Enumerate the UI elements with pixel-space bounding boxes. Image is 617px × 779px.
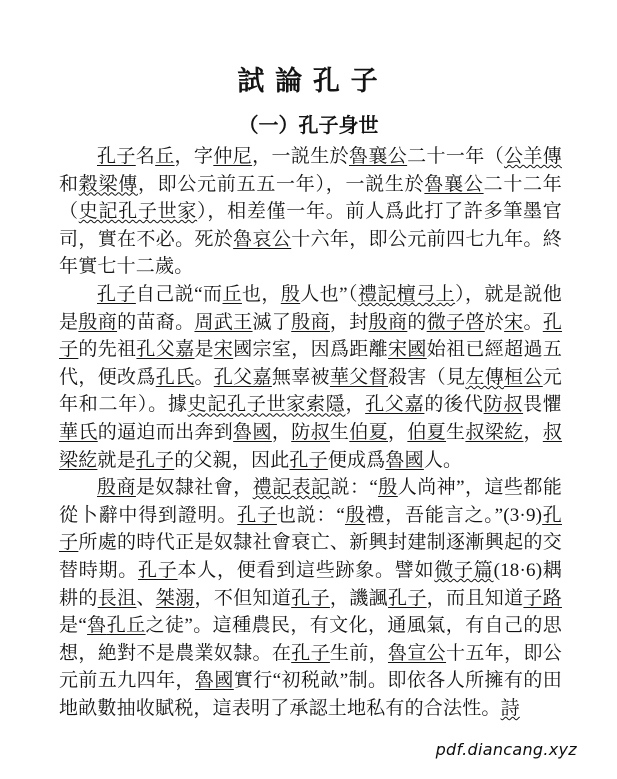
text-run: 是 — [194, 339, 213, 360]
section-heading: （一）孔子身世 — [0, 116, 617, 136]
proper-name-underline: 防叔 — [484, 394, 523, 415]
proper-name-underline: 仲尼 — [213, 146, 252, 167]
text-run: 的先祖 — [78, 339, 136, 360]
proper-name-underline: 殷商 — [97, 477, 136, 498]
proper-name-underline: 宋國 — [388, 339, 427, 360]
document-page: 試 論 孔 子 （一）孔子身世 孔子名丘，字仲尼，一説生於魯襄公二十一年（公羊傳… — [0, 0, 617, 779]
proper-name-underline: 孔子 — [138, 560, 178, 581]
proper-name-underline: 孔子 — [237, 505, 277, 526]
text-run: ，譏諷 — [330, 588, 388, 609]
proper-name-underline: 防叔 — [291, 422, 330, 443]
proper-name-underline: 魯襄公 — [424, 174, 483, 195]
proper-name-underline: 孔子 — [388, 588, 427, 609]
proper-name-underline: 伯夏 — [407, 422, 446, 443]
proper-name-underline: 殷商 — [291, 312, 330, 333]
proper-name-underline: 孔子 — [291, 588, 330, 609]
text-run: 本人，便看到這些跡象。譬如 — [178, 560, 435, 581]
text-run: 生前， — [330, 643, 388, 664]
proper-name-underline: 孔氏 — [156, 367, 195, 388]
book-title-underline: 史記孔子世家索隱 — [188, 394, 346, 415]
paragraph: 殷商是奴隸社會，禮記表記説：“殷人尚神”，這些都能從卜辭中得到證明。孔子也説：“… — [59, 474, 562, 722]
text-run: 生 — [446, 422, 465, 443]
book-title-underline: 詩 — [501, 698, 520, 719]
text-run: 禮，吾能言之。”(3·9) — [365, 505, 542, 526]
text-run: 、 — [136, 588, 155, 609]
proper-name-underline: 叔梁紇 — [465, 422, 523, 443]
proper-name-underline: 魯襄公 — [349, 146, 407, 167]
proper-name-underline: 華父督 — [330, 367, 388, 388]
text-run: 生 — [330, 422, 349, 443]
proper-name-underline: 殷 — [345, 505, 365, 526]
text-run: 。 — [523, 312, 542, 333]
proper-name-underline: 孔子 — [97, 284, 136, 305]
proper-name-underline: 丘 — [223, 284, 242, 305]
text-run: 二十一年（ — [407, 146, 504, 167]
watermark: pdf.diancang.xyz — [436, 740, 577, 759]
proper-name-underline: 桀溺 — [156, 588, 195, 609]
body-text: 孔子名丘，字仲尼，一説生於魯襄公二十一年（公羊傳和穀梁傳，即公元前五五一年），一… — [59, 143, 562, 722]
page-title: 試 論 孔 子 — [0, 68, 617, 95]
text-run: ，字 — [175, 146, 214, 167]
proper-name-underline: 魯 — [87, 615, 107, 636]
proper-name-underline: 殷商 — [369, 312, 408, 333]
proper-name-underline: 孔子 — [291, 643, 330, 664]
book-title-underline: 微子篇 — [434, 560, 493, 581]
proper-name-underline: 周武王 — [194, 312, 252, 333]
proper-name-underline: 孔丘 — [107, 615, 146, 636]
proper-name-underline: 殷 — [378, 477, 398, 498]
text-run: ， — [523, 422, 542, 443]
proper-name-underline: 魯哀公 — [233, 229, 291, 250]
text-run: ， — [388, 422, 407, 443]
text-run: ，即公元前五五一年），一説生於 — [138, 174, 424, 195]
text-run: 畏懼 — [523, 394, 562, 415]
text-run: 滅了 — [253, 312, 292, 333]
text-run: 於 — [485, 312, 504, 333]
text-run: 。 — [194, 367, 213, 388]
proper-name-underline: 桓公 — [504, 367, 543, 388]
book-title-underline: 左傳 — [465, 367, 504, 388]
proper-name-underline: 孔父嘉 — [365, 394, 424, 415]
proper-name-underline: 子路 — [523, 588, 562, 609]
proper-name-underline: 伯夏 — [349, 422, 388, 443]
proper-name-underline: 孔子 — [97, 146, 136, 167]
proper-name-underline: 宋 — [504, 312, 523, 333]
paragraph: 孔子名丘，字仲尼，一説生於魯襄公二十一年（公羊傳和穀梁傳，即公元前五五一年），一… — [59, 143, 562, 281]
text-run: 的苗裔。 — [117, 312, 194, 333]
text-run: ，不但知道 — [194, 588, 291, 609]
proper-name-underline: 長沮 — [98, 588, 137, 609]
proper-name-underline: 孔父嘉 — [136, 339, 194, 360]
text-run: ， — [272, 422, 291, 443]
proper-name-underline: 魯國 — [195, 670, 234, 691]
proper-name-underline: 微子啓 — [427, 312, 485, 333]
text-run: 就是 — [97, 450, 135, 471]
text-run: 和 — [59, 174, 79, 195]
book-title-underline: 公羊傳 — [504, 146, 562, 167]
text-run: 説：“ — [330, 477, 378, 498]
text-run: ，一説生於 — [252, 146, 349, 167]
text-run: 也説：“ — [277, 505, 345, 526]
text-run: 殺害（見 — [388, 367, 465, 388]
book-title-underline: 禮記檀弓上 — [358, 284, 455, 305]
text-run: ，封 — [330, 312, 369, 333]
book-title-underline: 穀梁傳 — [79, 174, 138, 195]
proper-name-underline: 殷 — [281, 284, 300, 305]
text-run: ， — [345, 394, 365, 415]
text-run: 是“ — [59, 615, 87, 636]
text-run: 也， — [242, 284, 281, 305]
text-run: ，而且知道 — [427, 588, 524, 609]
proper-name-underline: 宋 — [214, 339, 233, 360]
proper-name-underline: 魯國 — [233, 422, 272, 443]
text-run: 的父親，因此 — [174, 450, 289, 471]
text-run: 的逼迫而出奔到 — [98, 422, 233, 443]
proper-name-underline: 丘 — [155, 146, 174, 167]
proper-name-underline: 孔父嘉 — [214, 367, 272, 388]
text-run: 人也”（ — [300, 284, 358, 305]
text-run: 無辜被 — [272, 367, 330, 388]
proper-name-underline: 華氏 — [59, 422, 98, 443]
text-run: 國宗室，因爲距離 — [233, 339, 388, 360]
proper-name-underline: 魯宣公 — [388, 643, 446, 664]
text-run: 自己説“而 — [136, 284, 223, 305]
text-run: 人。 — [424, 450, 462, 471]
proper-name-underline: 魯國 — [385, 450, 423, 471]
book-title-underline: 禮記表記 — [253, 477, 331, 498]
text-run: 名 — [136, 146, 155, 167]
text-run: 便成爲 — [328, 450, 386, 471]
paragraph: 孔子自己説“而丘也，殷人也”（禮記檀弓上），就是説他是殷商的苗裔。周武王滅了殷商… — [59, 281, 562, 474]
proper-name-underline: 孔子 — [136, 450, 174, 471]
text-run: 的後代 — [424, 394, 483, 415]
book-title-underline: 史記孔子世家 — [79, 201, 197, 222]
text-run: 是奴隸社會， — [136, 477, 253, 498]
text-run: 的 — [407, 312, 426, 333]
proper-name-underline: 孔子 — [289, 450, 327, 471]
proper-name-underline: 殷商 — [78, 312, 117, 333]
